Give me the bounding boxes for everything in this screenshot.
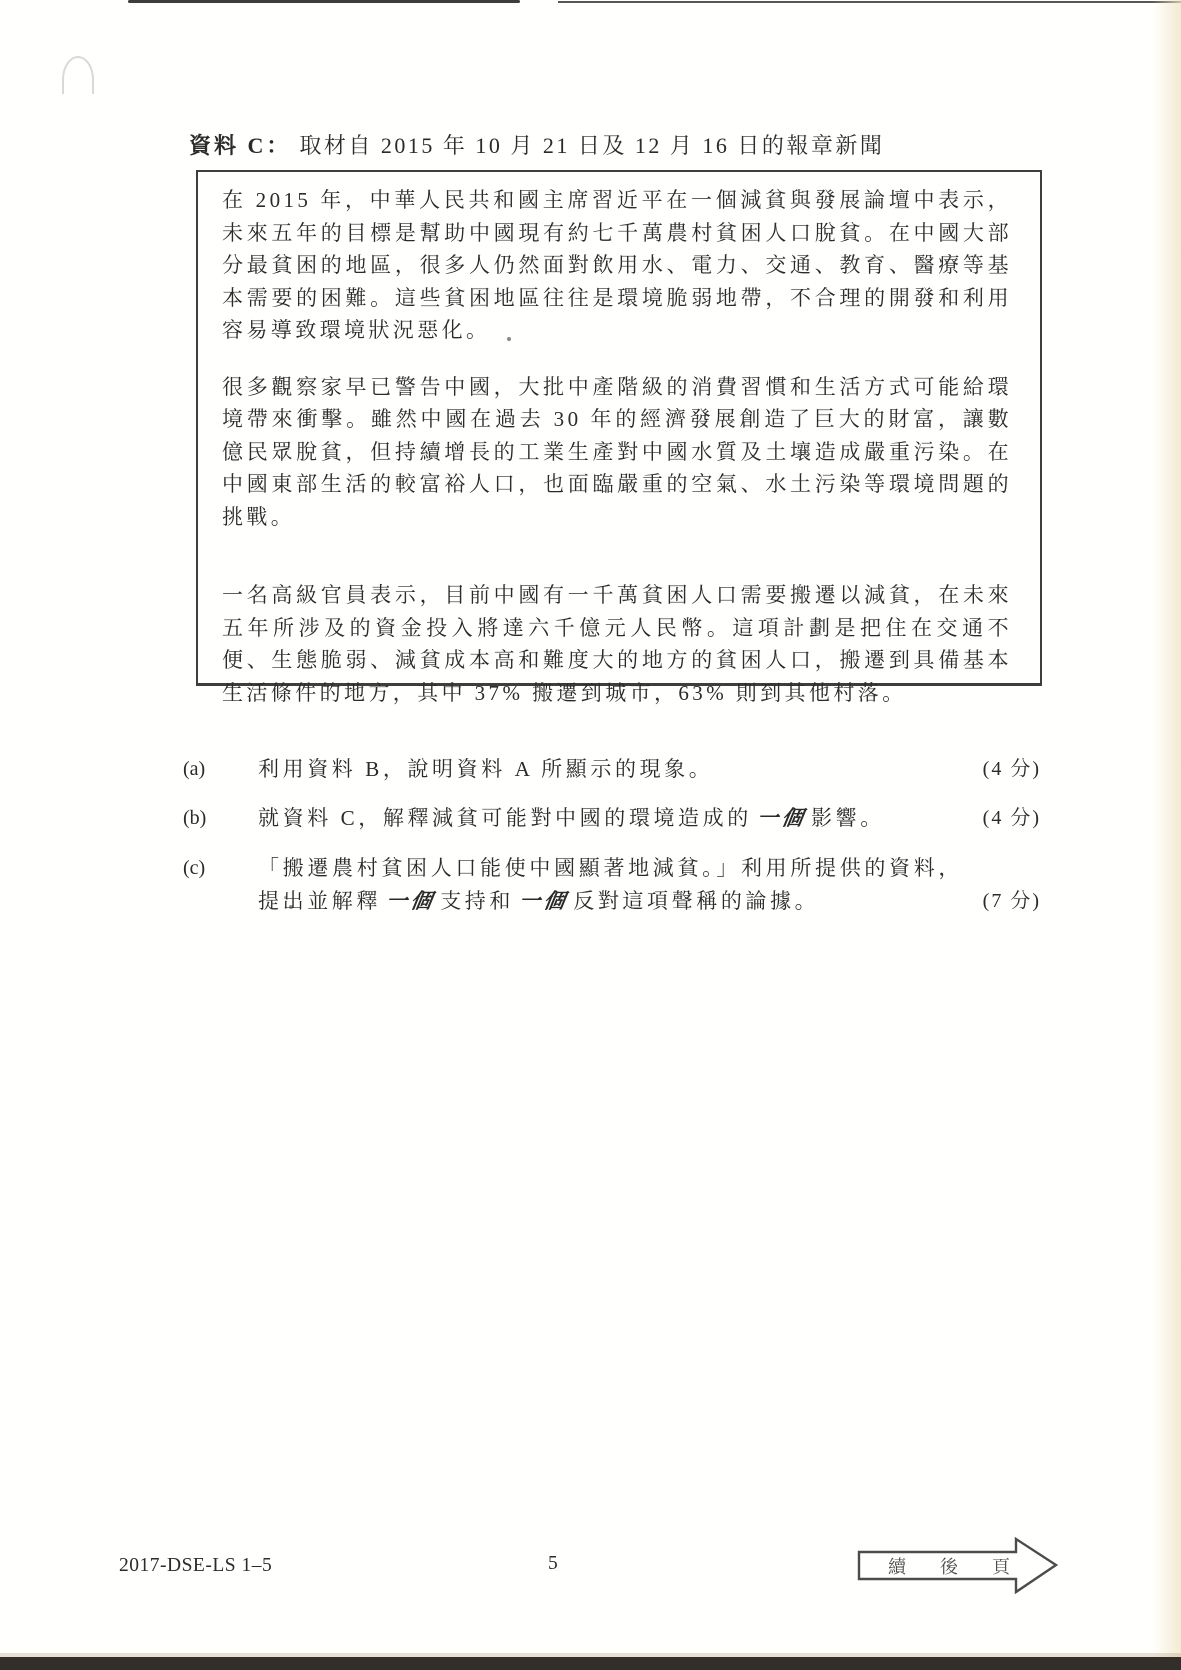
question-b-text-pre: 就資料 C，解釋減貧可能對中國的環境造成的 bbox=[258, 806, 752, 830]
source-c-label: 資料 C： bbox=[189, 133, 291, 158]
question-c-row: (c) 「搬遷農村貧困人口能使中國顯著地減貧。」利用所提供的資料，提出並解釋一個… bbox=[183, 852, 1041, 918]
source-c-heading: 資料 C： 取材自 2015 年 10 月 21 日及 12 月 16 日的報章… bbox=[189, 129, 1049, 160]
question-a-row: (a) 利用資料 B，說明資料 A 所顯示的現象。 (4 分) bbox=[183, 753, 1041, 786]
scan-artifact-top-line bbox=[128, 0, 520, 3]
source-c-text-box: 在 2015 年，中華人民共和國主席習近平在一個減貧與發展論壇中表示，未來五年的… bbox=[196, 170, 1042, 686]
source-paragraph-1: 在 2015 年，中華人民共和國主席習近平在一個減貧與發展論壇中表示，未來五年的… bbox=[222, 184, 1012, 347]
question-a-marks: (4 分) bbox=[983, 753, 1041, 786]
paper-code: 2017-DSE-LS 1–5 bbox=[119, 1555, 272, 1577]
scan-artifact-bottom-edge bbox=[0, 1657, 1181, 1670]
question-c-text: 「搬遷農村貧困人口能使中國顯著地減貧。」利用所提供的資料，提出並解釋一個支持和一… bbox=[258, 852, 963, 918]
page-number: 5 bbox=[548, 1553, 558, 1575]
question-c-marks: (7 分) bbox=[983, 885, 1041, 918]
source-paragraph-2: 很多觀察家早已警告中國，大批中產階級的消費習慣和生活方式可能給環境帶來衝擊。雖然… bbox=[222, 371, 1012, 534]
question-b-text-post: 影響。 bbox=[811, 806, 885, 830]
continued-next-page-stamp: 續後頁 bbox=[856, 1536, 1066, 1596]
question-c-text-mid: 支持和 bbox=[440, 889, 514, 913]
question-b-label: (b) bbox=[183, 802, 206, 835]
source-c-description: 取材自 2015 年 10 月 21 日及 12 月 16 日的報章新聞 bbox=[299, 133, 884, 158]
question-c-emphasis-2: 一個 bbox=[516, 885, 570, 918]
question-a-label: (a) bbox=[183, 753, 205, 786]
scanned-exam-page: 資料 C： 取材自 2015 年 10 月 21 日及 12 月 16 日的報章… bbox=[0, 0, 1181, 1670]
question-c-label: (c) bbox=[183, 852, 205, 885]
question-b-row: (b) 就資料 C，解釋減貧可能對中國的環境造成的一個影響。 (4 分) bbox=[183, 802, 1041, 835]
question-c-text-post: 反對這項聲稱的論據。 bbox=[573, 889, 819, 913]
question-a-text: 利用資料 B，說明資料 A 所顯示的現象。 bbox=[258, 753, 963, 786]
continued-next-page-label: 續後頁 bbox=[888, 1553, 1044, 1579]
question-c-emphasis-1: 一個 bbox=[383, 885, 437, 918]
question-b-text: 就資料 C，解釋減貧可能對中國的環境造成的一個影響。 bbox=[258, 802, 963, 835]
question-b-emphasis: 一個 bbox=[754, 802, 808, 835]
scan-artifact-arc bbox=[62, 56, 94, 94]
question-b-marks: (4 分) bbox=[983, 802, 1041, 835]
scan-artifact-top-line bbox=[558, 1, 1181, 3]
source-paragraph-3: 一名高級官員表示，目前中國有一千萬貧困人口需要搬遷以減貧，在未來五年所涉及的資金… bbox=[222, 579, 1012, 709]
scan-artifact-right-edge bbox=[1153, 0, 1181, 1670]
